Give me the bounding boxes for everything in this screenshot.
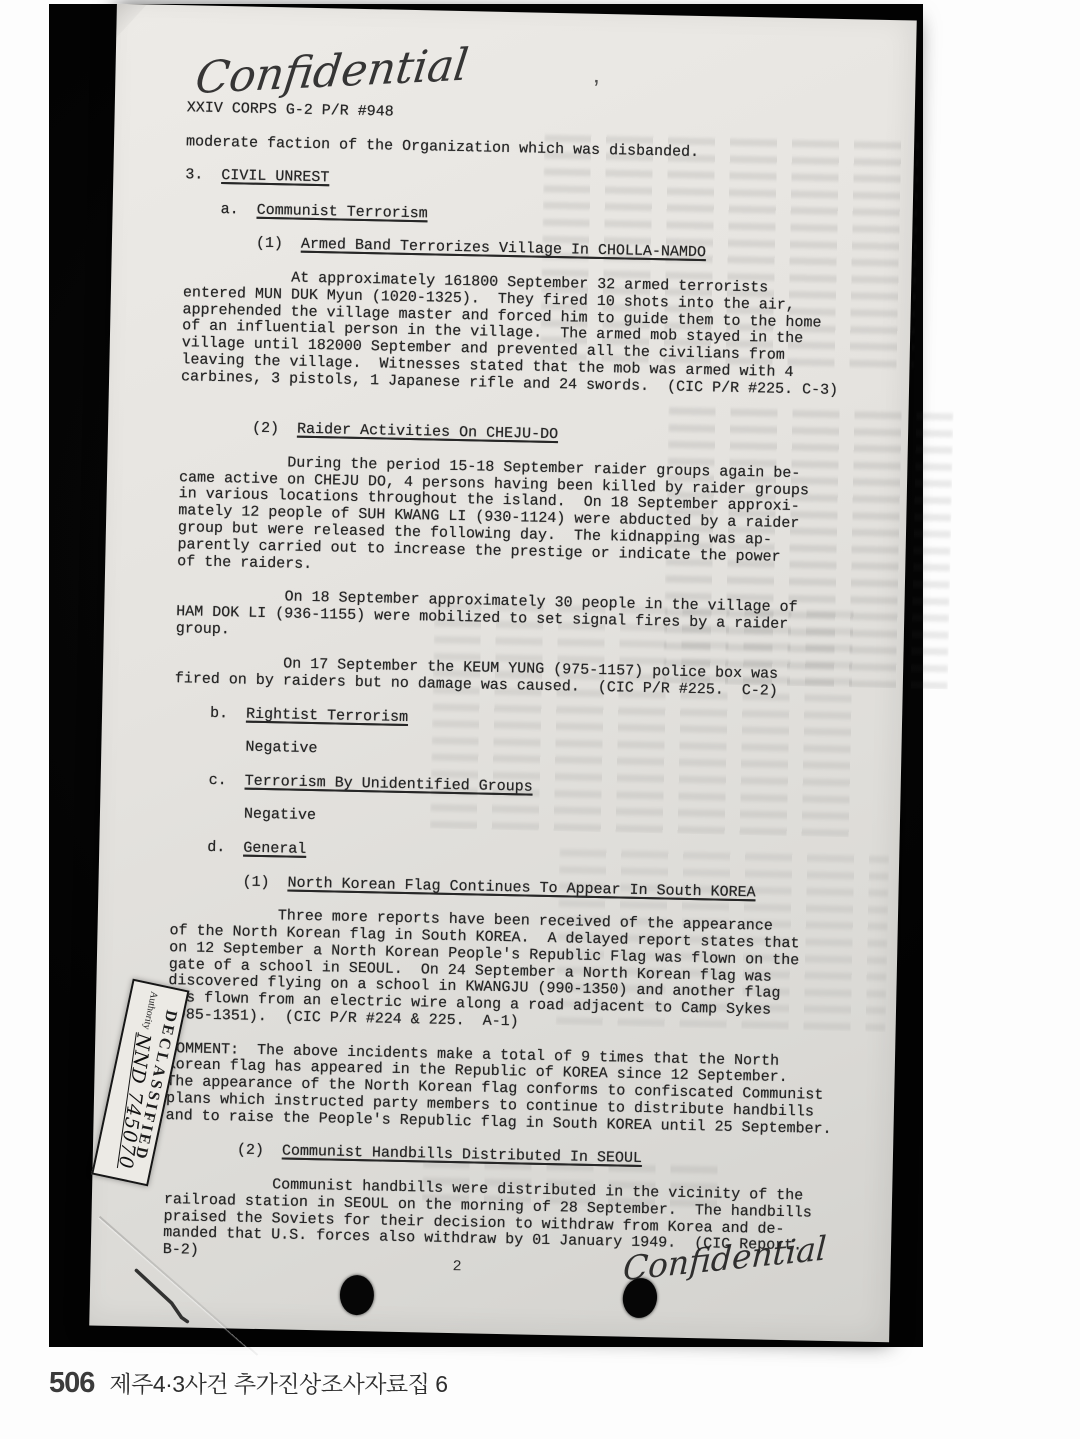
authority-label: Authority: [141, 990, 160, 1030]
document-page: Confidential ’ XXIV CORPS G-2 P/R #948 m…: [89, 4, 917, 1342]
pen-mark-apostrophe: ’: [593, 74, 599, 105]
book-caption: 506 제주4·3사건 추가진상조사자료집 6: [49, 1366, 448, 1400]
doc-text: XXIV CORPS G-2 P/R #948 moderate faction…: [163, 100, 853, 1273]
book-caption-title: 제주4·3사건 추가진상조사자료집 6: [109, 1366, 447, 1399]
confidential-handwriting-top: Confidential: [193, 37, 529, 104]
page-number: 2: [452, 1258, 461, 1275]
punch-hole-left: [340, 1275, 375, 1316]
book-page-number: 506: [49, 1367, 94, 1400]
corner-fold: [116, 4, 147, 39]
book-page: Confidential ’ XXIV CORPS G-2 P/R #948 m…: [0, 0, 1080, 1439]
pen-mark-stroke: [129, 1266, 220, 1338]
photo-background: Confidential ’ XXIV CORPS G-2 P/R #948 m…: [49, 4, 923, 1347]
